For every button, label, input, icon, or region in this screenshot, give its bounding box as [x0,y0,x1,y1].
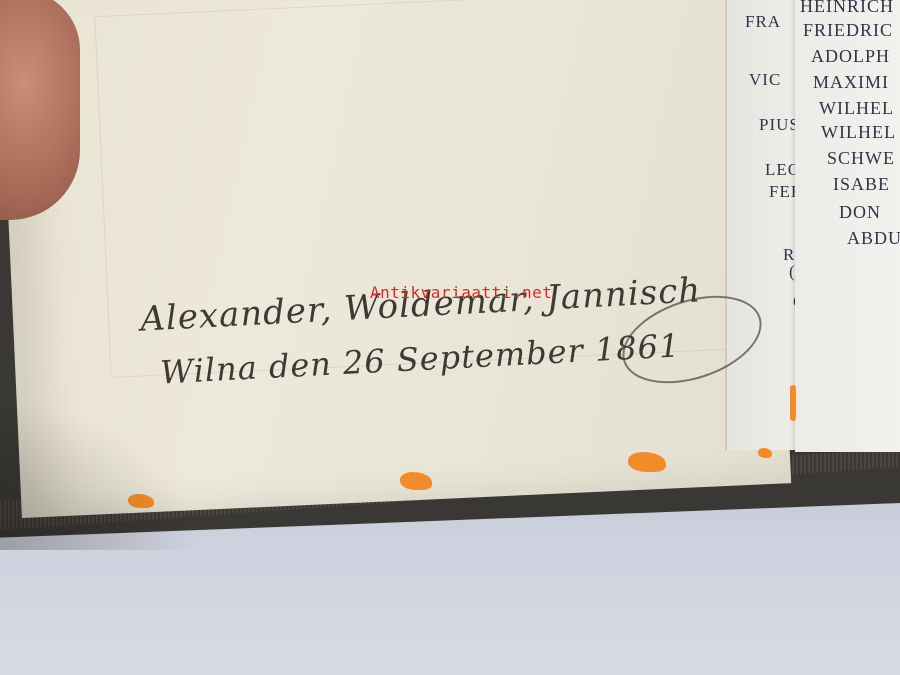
leaf-label: WILHEL [821,122,896,143]
leaf-label: HEINRICH [800,0,894,17]
leaf-label: MAXIMI [813,72,889,93]
leaf-label: PIUS [759,115,800,135]
orange-paper-fragment [400,472,432,490]
shadow [0,400,200,550]
leaf-label: ISABE [833,174,890,195]
leaf-label: WILHEL [819,98,894,119]
watermark: Antikvariaatti.net [370,283,552,302]
photo-scene: FRA VIC PIUS LEO FER ROB (He OSCA WIL HE… [0,0,900,675]
inserted-leaf-outer: HEINRICH FRIEDRIC ADOLPH MAXIMI WILHEL W… [795,0,900,452]
leaf-label: DON [839,202,881,223]
leaf-label: ADOLPH [811,46,890,67]
orange-paper-fragment [758,448,772,458]
leaf-label: VIC [749,70,781,90]
orange-stain [790,385,796,421]
leaf-label: ABDU [847,228,900,249]
leaf-label: FRIEDRIC [803,20,893,41]
leaf-label: FRA [745,12,781,32]
thumb [0,0,80,220]
leaf-label: SCHWE [827,148,895,169]
